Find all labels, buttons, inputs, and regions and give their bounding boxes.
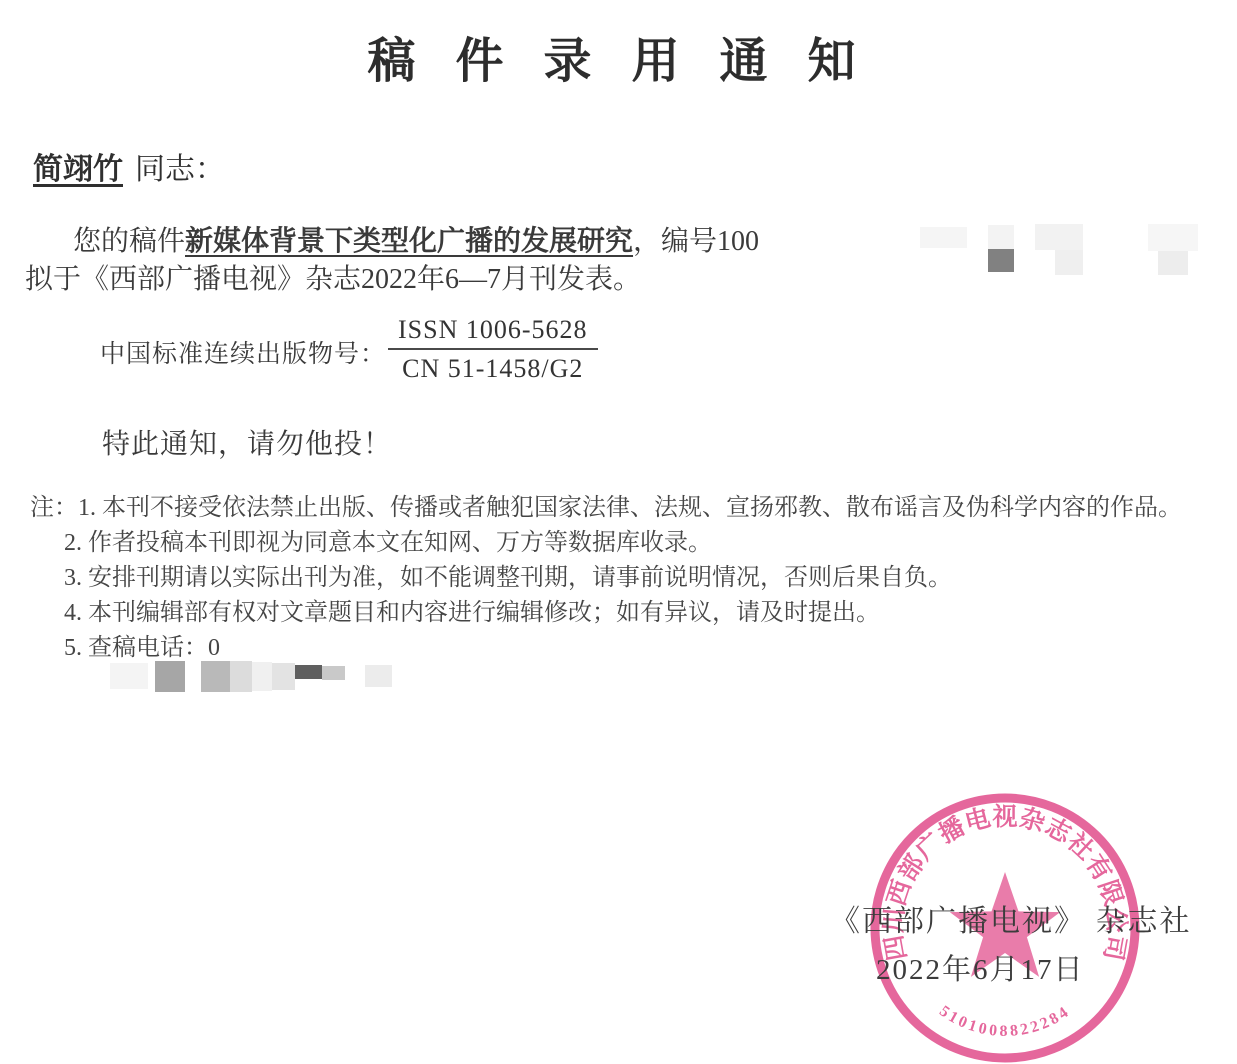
recipient-name: 简翊竹 [33,153,123,186]
redaction-block [201,661,230,692]
signature-date: 2022年6月17日 [876,947,1085,988]
note-row-1: 注： 1. 本刊不接受依法禁止出版、传播或者触犯国家法律、法规、宣扬邪教、散布谣… [30,491,1182,526]
signature-organization: 《西部广播电视》 杂志社 [830,896,1192,940]
note-item-3: 3. 安排刊期请以实际出刊为准，如不能调整刊期，请事前说明情况，否则后果自负。 [64,561,1182,596]
page-title: 稿 件 录 用 通 知 [0,22,1237,91]
notes-section: 注： 1. 本刊不接受依法禁止出版、传播或者触犯国家法律、法规、宣扬邪教、散布谣… [30,491,1182,666]
redaction-block [1055,250,1083,275]
redaction-block [1158,251,1188,275]
redaction-block [110,663,148,689]
redaction-block [988,225,1014,249]
redaction-block [322,666,345,680]
redaction-block [252,662,272,691]
body-line1-prefix: 您的稿件 [73,226,185,257]
notice-line: 特此通知，请勿他投！ [102,422,392,462]
body-line-1: 您的稿件新媒体背景下类型化广播的发展研究，编号100 [25,219,759,259]
issn-cn-fraction: ISSN 1006-5628 CN 51-1458/G2 [388,315,598,384]
note-item-2: 2. 作者投稿本刊即视为同意本文在知网、万方等数据库收录。 [64,526,1182,561]
redaction-block [920,227,967,248]
redaction-block [1148,224,1198,251]
redaction-block [272,663,295,690]
redaction-block [1035,224,1083,250]
redaction-block [988,249,1014,272]
redaction-block [155,661,185,692]
manuscript-title: 新媒体背景下类型化广播的发展研究 [185,226,633,257]
body-line-2: 拟于《西部广播电视》杂志2022年6—7月刊发表。 [25,257,641,297]
recipient-line: 简翊竹同志： [33,144,225,188]
note-item-1: 1. 本刊不接受依法禁止出版、传播或者触犯国家法律、法规、宣扬邪教、散布谣言及伪… [78,491,1182,526]
body-line1-suffix: ，编号100 [633,226,759,257]
redaction-block [295,665,322,679]
stamp-serial-number: 5101008822284 [936,1003,1074,1040]
notes-label: 注： [30,491,78,526]
issn-number: ISSN 1006-5628 [388,315,598,350]
issn-label: 中国标准连续出版物号： [100,334,386,370]
redaction-block [230,661,252,692]
cn-number: CN 51-1458/G2 [388,350,598,384]
note-item-4: 4. 本刊编辑部有权对文章题目和内容进行编辑修改；如有异议，请及时提出。 [64,596,1182,631]
recipient-salutation: 同志： [135,153,225,186]
redaction-block [365,665,392,687]
